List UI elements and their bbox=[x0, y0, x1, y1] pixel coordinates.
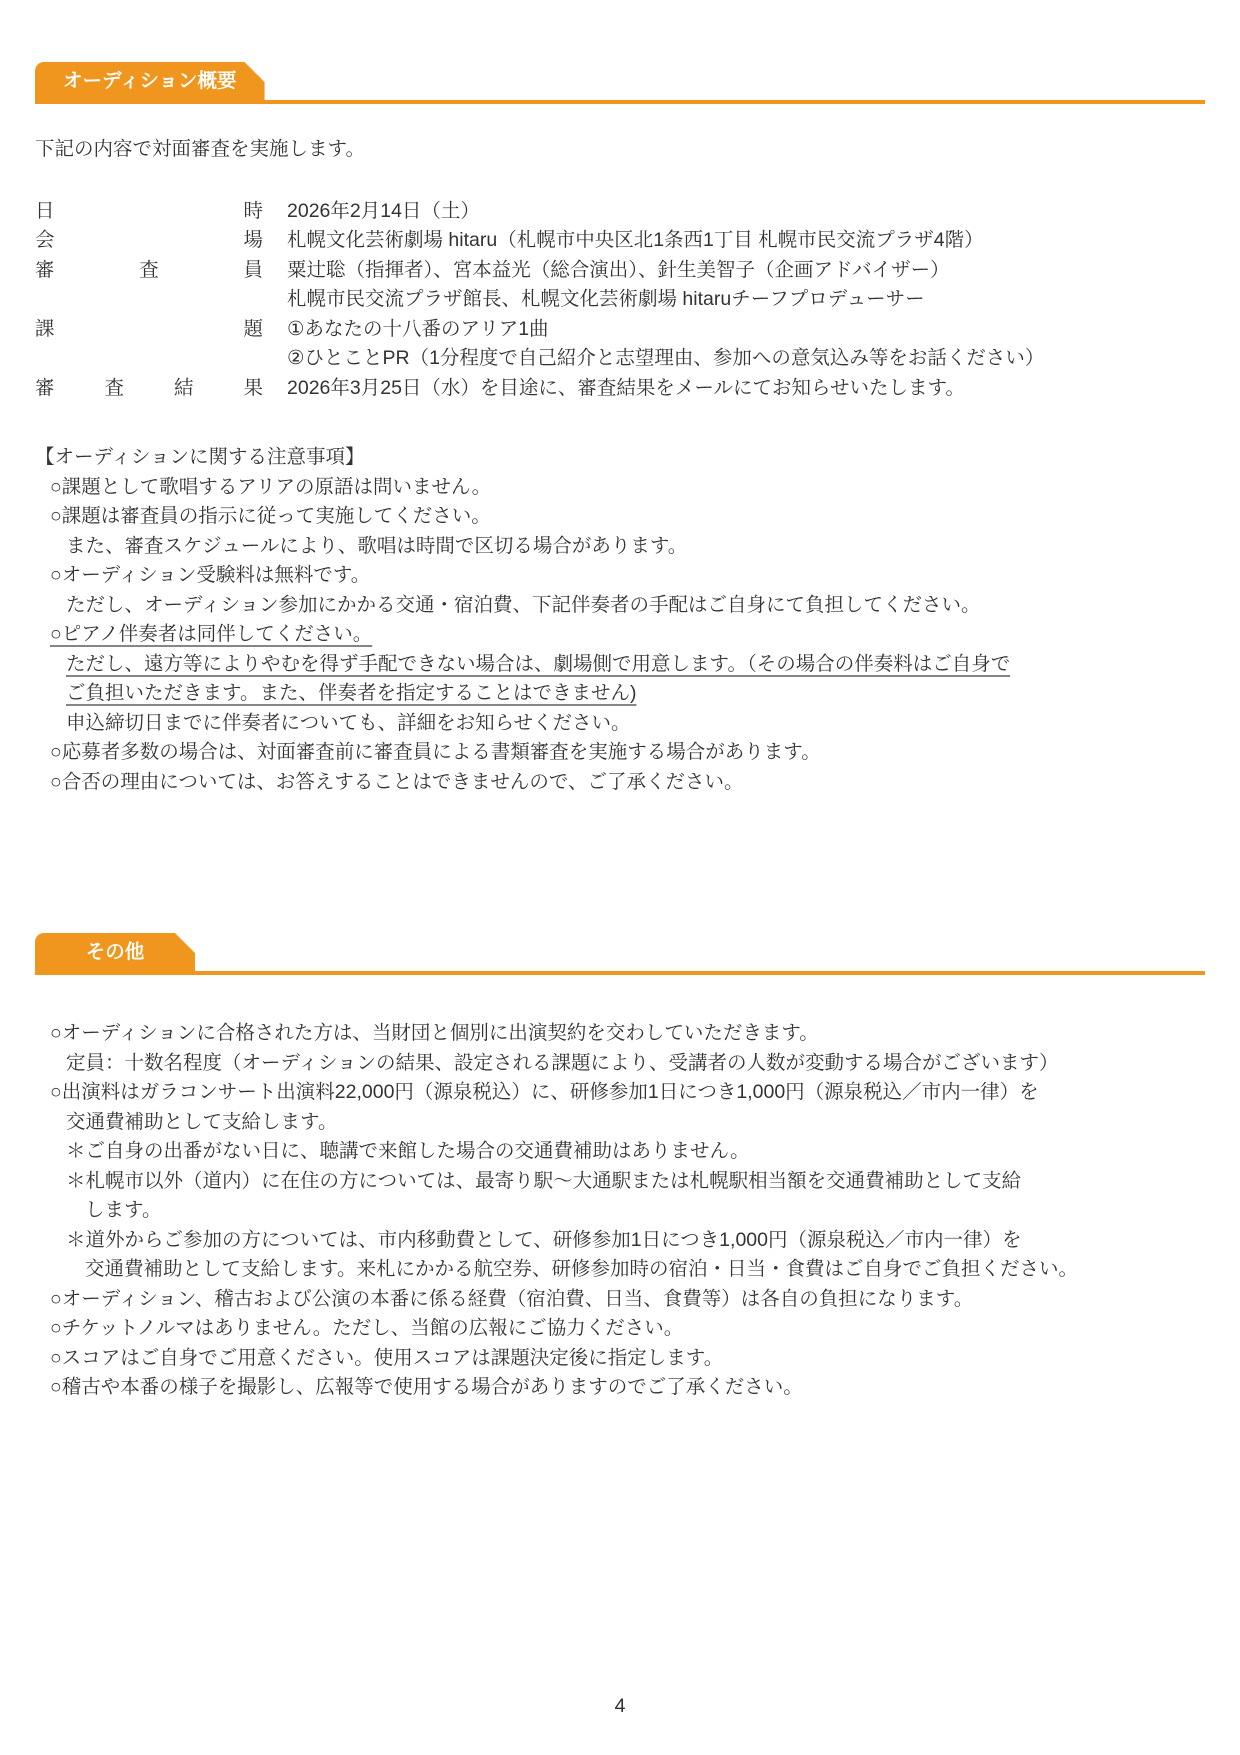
underlined-text: ○ピアノ伴奏者は同伴してください。 bbox=[50, 623, 372, 645]
note-line: 申込締切日までに伴奏者についても、詳細をお知らせください。 bbox=[35, 709, 1205, 739]
detail-value: ①あなたの十八番のアリア1曲 ②ひとことPR（1分程度で自己紹介と志望理由、参加… bbox=[287, 315, 1205, 374]
notes-list: ○課題として歌唱するアリアの原語は問いません。 ○課題は審査員の指示に従って実施… bbox=[35, 473, 1205, 798]
other-line: ○チケットノルマはありません。ただし、当館の広報にご協力ください。 bbox=[35, 1314, 1205, 1344]
detail-value: 2026年3月25日（水）を目途に、審査結果をメールにてお知らせいたします。 bbox=[287, 374, 1205, 404]
note-line: ○応募者多数の場合は、対面審査前に審査員による書類審査を実施する場合があります。 bbox=[35, 738, 1205, 768]
detail-row-task: 課題 ①あなたの十八番のアリア1曲 ②ひとことPR（1分程度で自己紹介と志望理由… bbox=[35, 315, 1205, 374]
detail-value-line: 札幌市民交流プラザ館長、札幌文化芸術劇場 hitaruチーフプロデューサー bbox=[287, 285, 1205, 315]
detail-label: 日時 bbox=[35, 197, 263, 227]
note-line: ○課題は審査員の指示に従って実施してください。 bbox=[35, 502, 1205, 532]
other-line: 交通費補助として支給します。 bbox=[35, 1108, 1205, 1138]
detail-value: 2026年2月14日（土） bbox=[287, 197, 1205, 227]
other-section-title-badge: その他 bbox=[35, 933, 195, 971]
note-line: ○ピアノ伴奏者は同伴してください。 bbox=[35, 620, 1205, 650]
detail-value-line: ②ひとことPR（1分程度で自己紹介と志望理由、参加への意気込み等をお話ください） bbox=[287, 344, 1205, 374]
underlined-text: ご負担いただきます。また、伴奏者を指定することはできません) bbox=[66, 682, 636, 704]
detail-value-line: 札幌文化芸術劇場 hitaru（札幌市中央区北1条西1丁目 札幌市民交流プラザ4… bbox=[287, 226, 1205, 256]
detail-value: 札幌文化芸術劇場 hitaru（札幌市中央区北1条西1丁目 札幌市民交流プラザ4… bbox=[287, 226, 1205, 256]
detail-label: 課題 bbox=[35, 315, 263, 345]
other-section-header: その他 bbox=[35, 933, 1205, 975]
document-page: オーディション概要 下記の内容で対面審査を実施します。 日時 2026年2月14… bbox=[0, 0, 1240, 1755]
intro-text: 下記の内容で対面審査を実施します。 bbox=[35, 135, 1205, 165]
detail-row-judges: 審査員 粟辻聡（指揮者）、宮本益光（総合演出）、針生美智子（企画アドバイザー） … bbox=[35, 256, 1205, 315]
detail-row-result: 審査結果 2026年3月25日（水）を目途に、審査結果をメールにてお知らせいたし… bbox=[35, 374, 1205, 404]
note-line: また、審査スケジュールにより、歌唱は時間で区切る場合があります。 bbox=[35, 532, 1205, 562]
other-line: 定員：十数名程度（オーディションの結果、設定される課題により、受講者の人数が変動… bbox=[35, 1049, 1205, 1079]
audition-section-header: オーディション概要 bbox=[35, 62, 1205, 104]
section-divider-rule bbox=[35, 100, 1205, 104]
section-divider-rule bbox=[35, 971, 1205, 975]
notes-title: 【オーディションに関する注意事項】 bbox=[35, 443, 1205, 473]
other-line: ＊札幌市以外（道内）に在住の方については、最寄り駅～大通駅または札幌駅相当額を交… bbox=[35, 1167, 1205, 1197]
note-line: ただし、遠方等によりやむを得ず手配できない場合は、劇場側で用意します。（その場合… bbox=[35, 650, 1205, 680]
audition-details-table: 日時 2026年2月14日（土） 会場 札幌文化芸術劇場 hitaru（札幌市中… bbox=[35, 197, 1205, 404]
detail-value-line: 2026年2月14日（土） bbox=[287, 197, 1205, 227]
detail-label: 審査結果 bbox=[35, 374, 263, 404]
other-list: ○オーディションに合格された方は、当財団と個別に出演契約を交わしていただきます。… bbox=[35, 1019, 1205, 1403]
note-line: ただし、オーディション参加にかかる交通・宿泊費、下記伴奏者の手配はご自身にて負担… bbox=[35, 591, 1205, 621]
other-line: ○スコアはご自身でご用意ください。使用スコアは課題決定後に指定します。 bbox=[35, 1344, 1205, 1374]
underlined-text: ただし、遠方等によりやむを得ず手配できない場合は、劇場側で用意します。（その場合… bbox=[66, 653, 1010, 675]
note-line: ○オーディション受験料は無料です。 bbox=[35, 561, 1205, 591]
detail-value-line: 粟辻聡（指揮者）、宮本益光（総合演出）、針生美智子（企画アドバイザー） bbox=[287, 256, 1205, 286]
audition-section-title-badge: オーディション概要 bbox=[35, 62, 265, 100]
detail-value-line: ①あなたの十八番のアリア1曲 bbox=[287, 315, 1205, 345]
detail-label: 会場 bbox=[35, 226, 263, 256]
other-line: ○稽古や本番の様子を撮影し、広報等で使用する場合がありますのでご了承ください。 bbox=[35, 1373, 1205, 1403]
page-number: 4 bbox=[0, 1692, 1240, 1722]
note-line: ○課題として歌唱するアリアの原語は問いません。 bbox=[35, 473, 1205, 503]
other-line: 交通費補助として支給します。来札にかかる航空券、研修参加時の宿泊・日当・食費はご… bbox=[35, 1255, 1205, 1285]
other-line: ○オーディションに合格された方は、当財団と個別に出演契約を交わしていただきます。 bbox=[35, 1019, 1205, 1049]
note-line: ご負担いただきます。また、伴奏者を指定することはできません) bbox=[35, 679, 1205, 709]
detail-row-venue: 会場 札幌文化芸術劇場 hitaru（札幌市中央区北1条西1丁目 札幌市民交流プ… bbox=[35, 226, 1205, 256]
detail-row-date: 日時 2026年2月14日（土） bbox=[35, 197, 1205, 227]
other-line: ○出演料はガラコンサート出演料22,000円（源泉税込）に、研修参加1日につき1… bbox=[35, 1078, 1205, 1108]
detail-value: 粟辻聡（指揮者）、宮本益光（総合演出）、針生美智子（企画アドバイザー） 札幌市民… bbox=[287, 256, 1205, 315]
other-line: します。 bbox=[35, 1196, 1205, 1226]
other-line: ＊ご自身の出番がない日に、聴講で来館した場合の交通費補助はありません。 bbox=[35, 1137, 1205, 1167]
other-line: ○オーディション、稽古および公演の本番に係る経費（宿泊費、日当、食費等）は各自の… bbox=[35, 1285, 1205, 1315]
detail-value-line: 2026年3月25日（水）を目途に、審査結果をメールにてお知らせいたします。 bbox=[287, 374, 1205, 404]
other-line: ＊道外からご参加の方については、市内移動費として、研修参加1日につき1,000円… bbox=[35, 1226, 1205, 1256]
note-line: ○合否の理由については、お答えすることはできませんので、ご了承ください。 bbox=[35, 768, 1205, 798]
detail-label: 審査員 bbox=[35, 256, 263, 286]
